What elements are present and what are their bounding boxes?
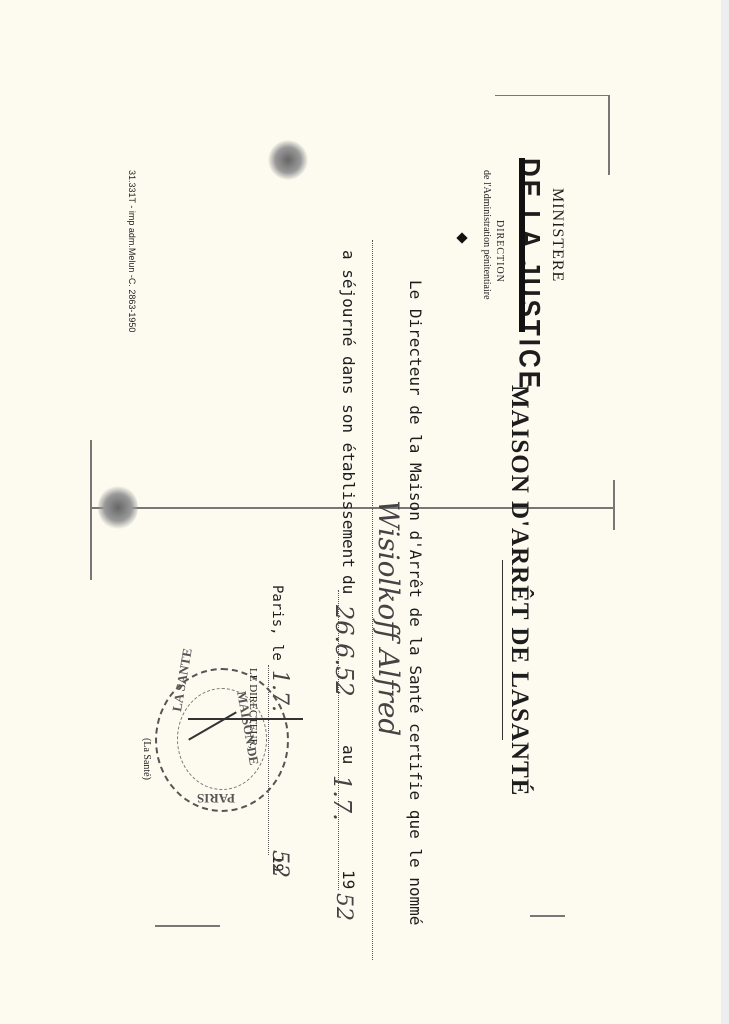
stay-au-label: au xyxy=(339,745,358,764)
justice-underline-bar xyxy=(519,158,525,332)
handwritten-year-suffix: 52 xyxy=(331,893,356,921)
ministry-line2: DE LA JUSTICE xyxy=(511,158,547,391)
direction-label: DIRECTION xyxy=(494,220,505,283)
right-fold-mark xyxy=(613,480,615,530)
stay-line: a séjourné dans son établissement xyxy=(339,250,358,568)
administration-label: de l'Administration pénitentiaire xyxy=(481,170,492,300)
top-fold-mark-horizontal xyxy=(495,95,610,96)
page-edge xyxy=(721,0,729,1024)
ink-blot-small xyxy=(98,485,138,530)
handwritten-date-from: 26.6.52 xyxy=(330,605,358,697)
dates-dotted-line xyxy=(338,590,339,890)
top-fold-mark xyxy=(608,95,610,175)
location-note: (La Santé) xyxy=(141,738,152,780)
ink-blot xyxy=(268,140,308,180)
official-stamp: MAISON DE PARIS LA SANTE xyxy=(155,668,289,812)
handwritten-date-to: 1.7. xyxy=(328,775,356,821)
printer-imprint: 31.331T - imp adm.Melun -C. 2863-1950 xyxy=(127,170,137,332)
stamp-text-bottom: PARIS xyxy=(197,790,235,806)
title-rule xyxy=(502,560,503,740)
handwritten-sign-year: 52 xyxy=(267,850,292,878)
stay-year-label: 19 xyxy=(339,870,358,889)
stay-du-label: du xyxy=(339,575,358,594)
handwritten-name: Wisiolkoff Alfred xyxy=(372,500,405,736)
bottom-left-fold-mark xyxy=(155,925,220,927)
document-title: MAISON D'ARRÊT DE LASANTÉ xyxy=(505,385,533,796)
diamond-icon xyxy=(456,232,467,243)
signature-stroke xyxy=(188,718,303,720)
bottom-right-fold-mark xyxy=(530,915,565,917)
left-fold-mark xyxy=(90,440,92,580)
ministry-line1: MINISTERE xyxy=(548,188,566,282)
place-date-label: Paris, le xyxy=(269,585,285,661)
certification-line: Le Directeur de la Maison d'Arrêt de la … xyxy=(406,280,425,925)
